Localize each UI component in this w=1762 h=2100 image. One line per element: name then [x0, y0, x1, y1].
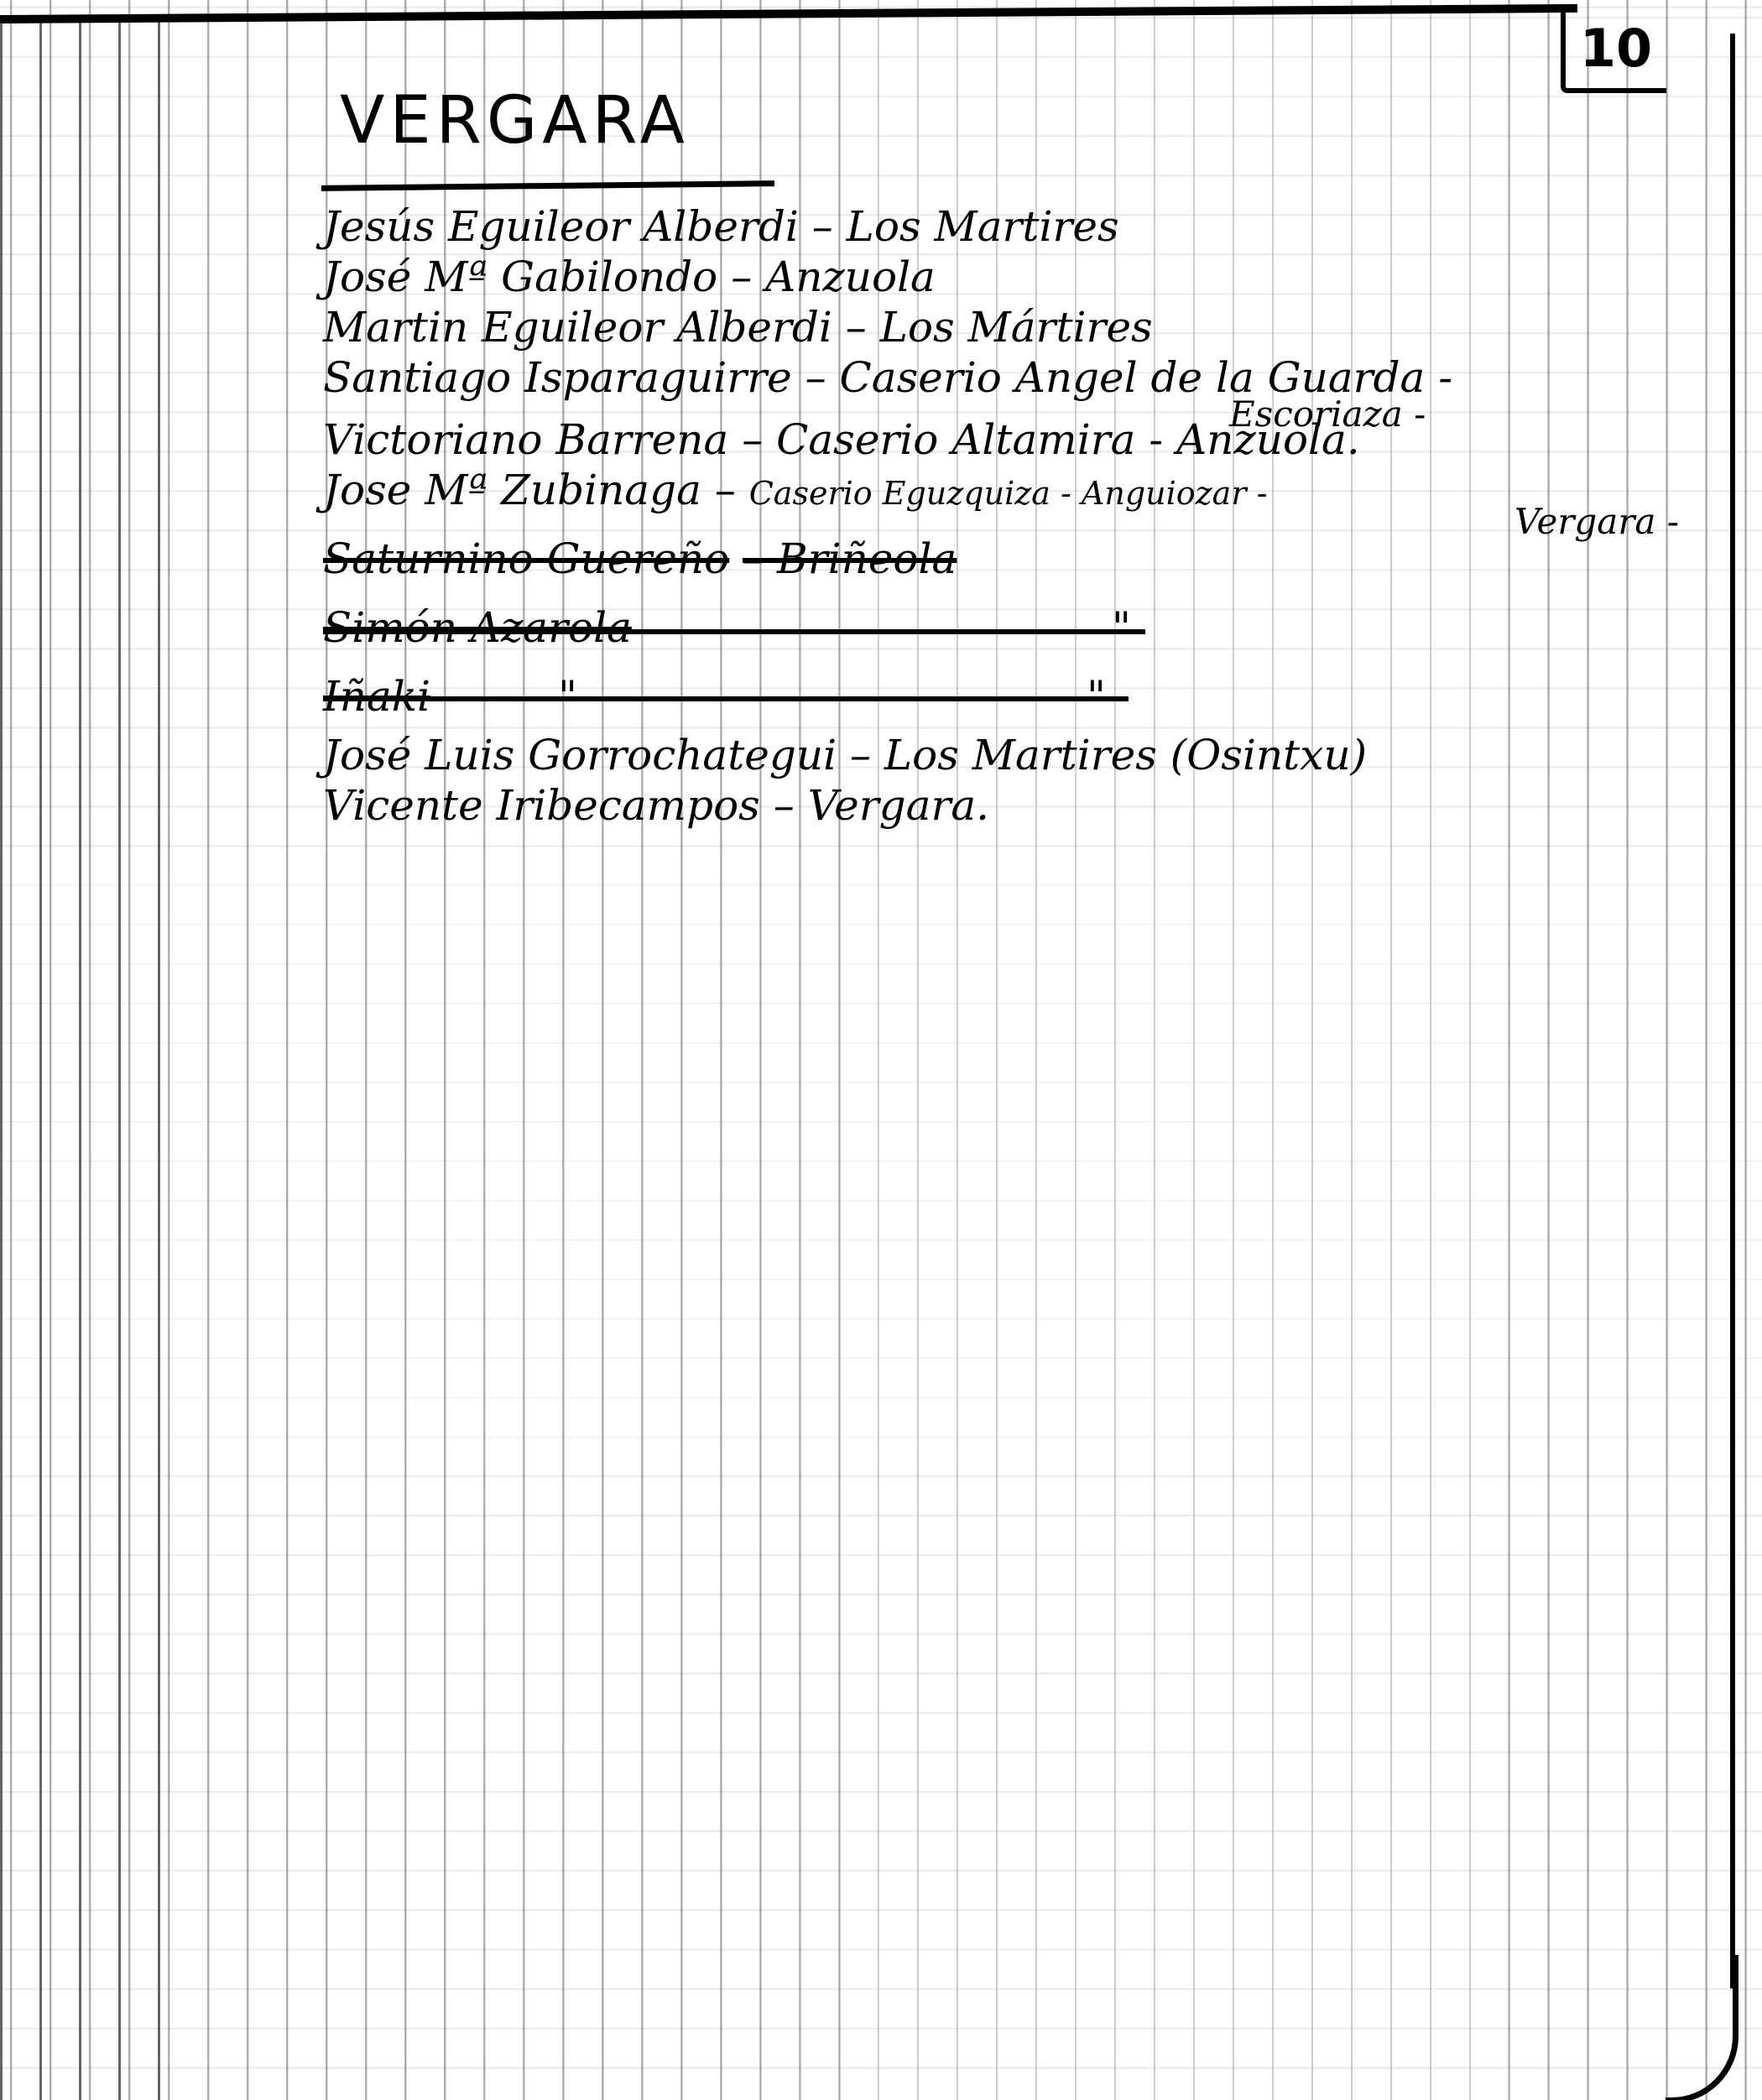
entry-name: Jose Mª Zubinaga: [323, 466, 701, 514]
ditto-mark: ": [1087, 671, 1106, 722]
left-grid-margin: [0, 17, 164, 2100]
entry-name: José Mª Gabilondo: [323, 253, 717, 301]
list-item: Jesús Eguileor Alberdi – Los Martires: [323, 201, 1733, 252]
entry-name: Simón Azarola: [323, 603, 632, 652]
ditto-mark: ": [1112, 602, 1131, 653]
list-item: Vicente Iribecampos – Vergara.: [323, 780, 1733, 831]
page-top-edge: [0, 4, 1577, 23]
page-title: VERGARA: [340, 88, 690, 154]
entry-place: Briñeola: [777, 534, 957, 583]
title-underline: [321, 180, 774, 191]
entry-name: Victoriano Barrena: [323, 415, 728, 464]
list-item: Jose Mª Zubinaga – Caserio Eguzquiza - A…: [323, 465, 1733, 515]
entry-place: Los Mártires: [880, 303, 1153, 352]
entry-name: Saturnino Guereño: [323, 534, 729, 583]
entry-place: Los Martires: [847, 202, 1119, 251]
list-item: José Mª Gabilondo – Anzuola: [323, 252, 1733, 302]
list-item-struck: Saturnino Guereño – Briñeola: [323, 534, 1733, 584]
list-item-struck: Iñaki " ": [323, 671, 1733, 722]
entry-place: Vergara.: [808, 781, 989, 830]
strike-line: [323, 629, 1145, 634]
page-bottom-right-corner: [1666, 1955, 1739, 2100]
entry-name: Jesús Eguileor Alberdi: [323, 202, 799, 251]
list-item: José Luis Gorrochategui – Los Martires (…: [323, 730, 1733, 780]
entry-name: José Luis Gorrochategui: [323, 731, 837, 779]
entry-place: Caserio Eguzquiza - Anguiozar -: [749, 475, 1268, 512]
entry-name: Martin Eguileor Alberdi: [323, 303, 832, 352]
list-item: Victoriano Barrena – Caserio Altamira - …: [323, 414, 1733, 465]
name-list: Jesús Eguileor Alberdi – Los Martires Jo…: [323, 201, 1733, 831]
list-item: Santiago Isparaguirre – Caserio Angel de…: [323, 352, 1733, 403]
entry-name: Santiago Isparaguirre: [323, 353, 792, 402]
ditto-mark: ": [558, 671, 577, 722]
strike-line: [323, 696, 1129, 701]
page-number: 10: [1561, 8, 1666, 93]
entry-place: Caserio Altamira - Anzuola.: [776, 415, 1360, 464]
notebook-page: 10 VERGARA Jesús Eguileor Alberdi – Los …: [0, 0, 1762, 2100]
list-item: Martin Eguileor Alberdi – Los Mártires: [323, 302, 1733, 352]
entry-place: Los Martires (Osintxu): [884, 731, 1367, 779]
list-item-struck: Simón Azarola ": [323, 602, 1733, 653]
entry-place: Anzuola: [765, 253, 936, 301]
entry-name: Vicente Iribecampos: [323, 781, 760, 830]
